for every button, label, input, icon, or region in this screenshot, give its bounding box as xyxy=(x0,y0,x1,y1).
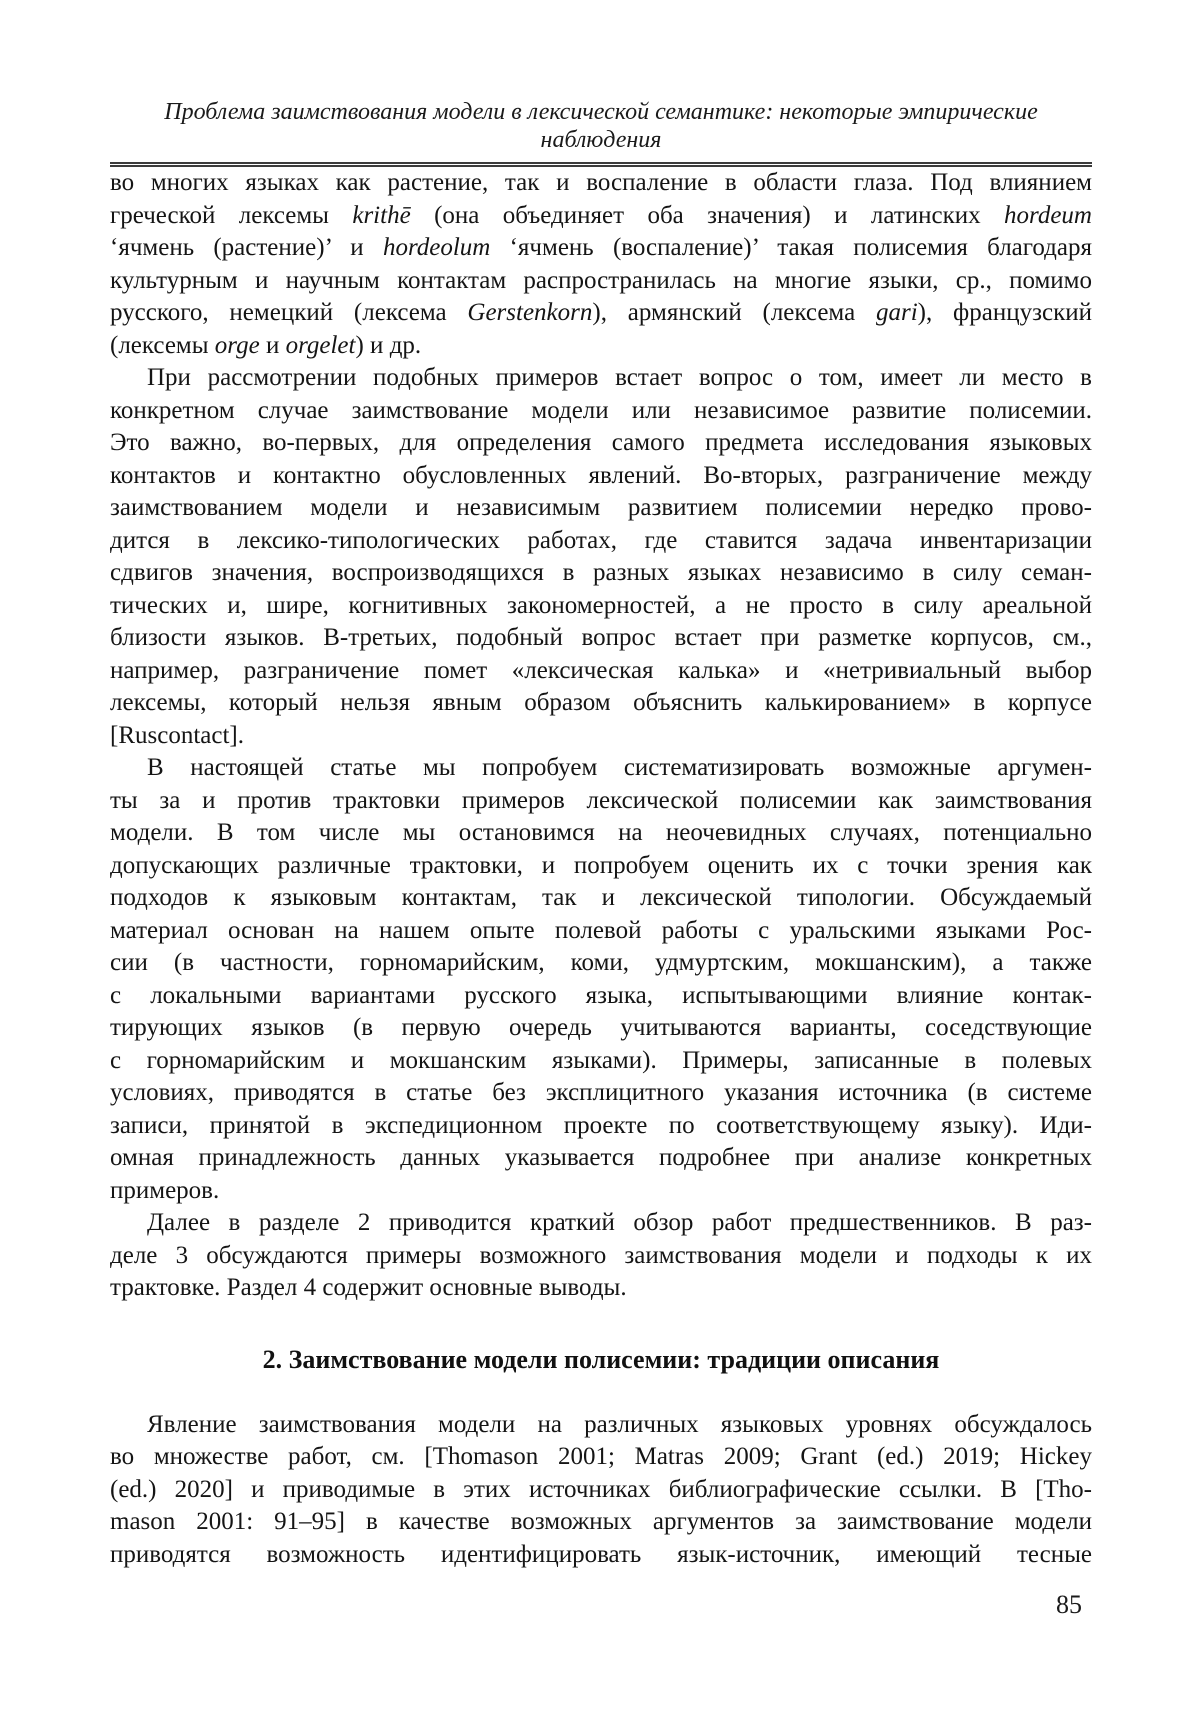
text-line: записи, принятой в экспедиционном проект… xyxy=(110,1110,1092,1143)
text-line: подходов к языковым контактам, так и лек… xyxy=(110,882,1092,915)
text-line: приводятся возможность идентифицировать … xyxy=(110,1539,1092,1572)
text-line: mason 2001: 91–95] в качестве возможных … xyxy=(110,1506,1092,1539)
text-line: деле 3 обсуждаются примеры возможного за… xyxy=(110,1240,1092,1273)
text-line: Это важно, во-первых, для определения са… xyxy=(110,427,1092,460)
text-line: сии (в частности, горномарийским, коми, … xyxy=(110,947,1092,980)
text-line: Явление заимствования модели на различны… xyxy=(110,1409,1092,1442)
text-line: условиях, приводятся в статье без экспли… xyxy=(110,1077,1092,1110)
text-line: При рассмотрении подобных примеров встае… xyxy=(110,362,1092,395)
text-line: [Ruscontact]. xyxy=(110,720,1092,753)
text-line: (ed.) 2020] и приводимые в этих источник… xyxy=(110,1474,1092,1507)
text-line: сдвигов значения, воспроизводящихся в ра… xyxy=(110,557,1092,590)
text-line: (лексемы orge и orgelet) и др. xyxy=(110,330,1092,363)
text-line: ты за и против трактовки примеров лексич… xyxy=(110,785,1092,818)
running-header: Проблема заимствования модели в лексичес… xyxy=(110,98,1092,167)
text-line: с локальными вариантами русского языка, … xyxy=(110,980,1092,1013)
text-line: близости языков. В-третьих, подобный воп… xyxy=(110,622,1092,655)
section-heading: 2. Заимствование модели полисемии: тради… xyxy=(110,1344,1092,1376)
text-line: тических и, шире, когнитивных закономерн… xyxy=(110,590,1092,623)
text-line: контактов и контактно обусловленных явле… xyxy=(110,460,1092,493)
text-line: В настоящей статье мы попробуем системат… xyxy=(110,752,1092,785)
text-line: во множестве работ, см. [Thomason 2001; … xyxy=(110,1441,1092,1474)
text-line: лексемы, который нельзя явным образом об… xyxy=(110,687,1092,720)
text-line: модели. В том числе мы остановимся на не… xyxy=(110,817,1092,850)
text-line: культурным и научным контактам распростр… xyxy=(110,265,1092,298)
text-line: греческой лексемы krithē (она объединяет… xyxy=(110,200,1092,233)
body-text: во многих языках как растение, так и вос… xyxy=(110,167,1092,1571)
text-line: дится в лексико-типологических работах, … xyxy=(110,525,1092,558)
text-line: конкретном случае заимствование модели и… xyxy=(110,395,1092,428)
text-line: русского, немецкий (лексема Gerstenkorn)… xyxy=(110,297,1092,330)
text-line: тирующих языков (в первую очередь учитыв… xyxy=(110,1012,1092,1045)
text-line: материал основан на нашем опыте полевой … xyxy=(110,915,1092,948)
text-line: омная принадлежность данных указывается … xyxy=(110,1142,1092,1175)
text-line: с горномарийским и мокшанским языками). … xyxy=(110,1045,1092,1078)
text-line: допускающих различные трактовки, и попро… xyxy=(110,850,1092,883)
text-line: заимствованием модели и независимым разв… xyxy=(110,492,1092,525)
text-line: примеров. xyxy=(110,1175,1092,1208)
text-line: Далее в разделе 2 приводится краткий обз… xyxy=(110,1207,1092,1240)
text-line: например, разграничение помет «лексическ… xyxy=(110,655,1092,688)
text-line: ‘ячмень (растение)’ и hordeolum ‘ячмень … xyxy=(110,232,1092,265)
document-page: Проблема заимствования модели в лексичес… xyxy=(0,0,1200,1710)
page-number: 85 xyxy=(1056,1590,1082,1620)
text-line: во многих языках как растение, так и вос… xyxy=(110,167,1092,200)
text-line: трактовке. Раздел 4 содержит основные вы… xyxy=(110,1272,1092,1305)
